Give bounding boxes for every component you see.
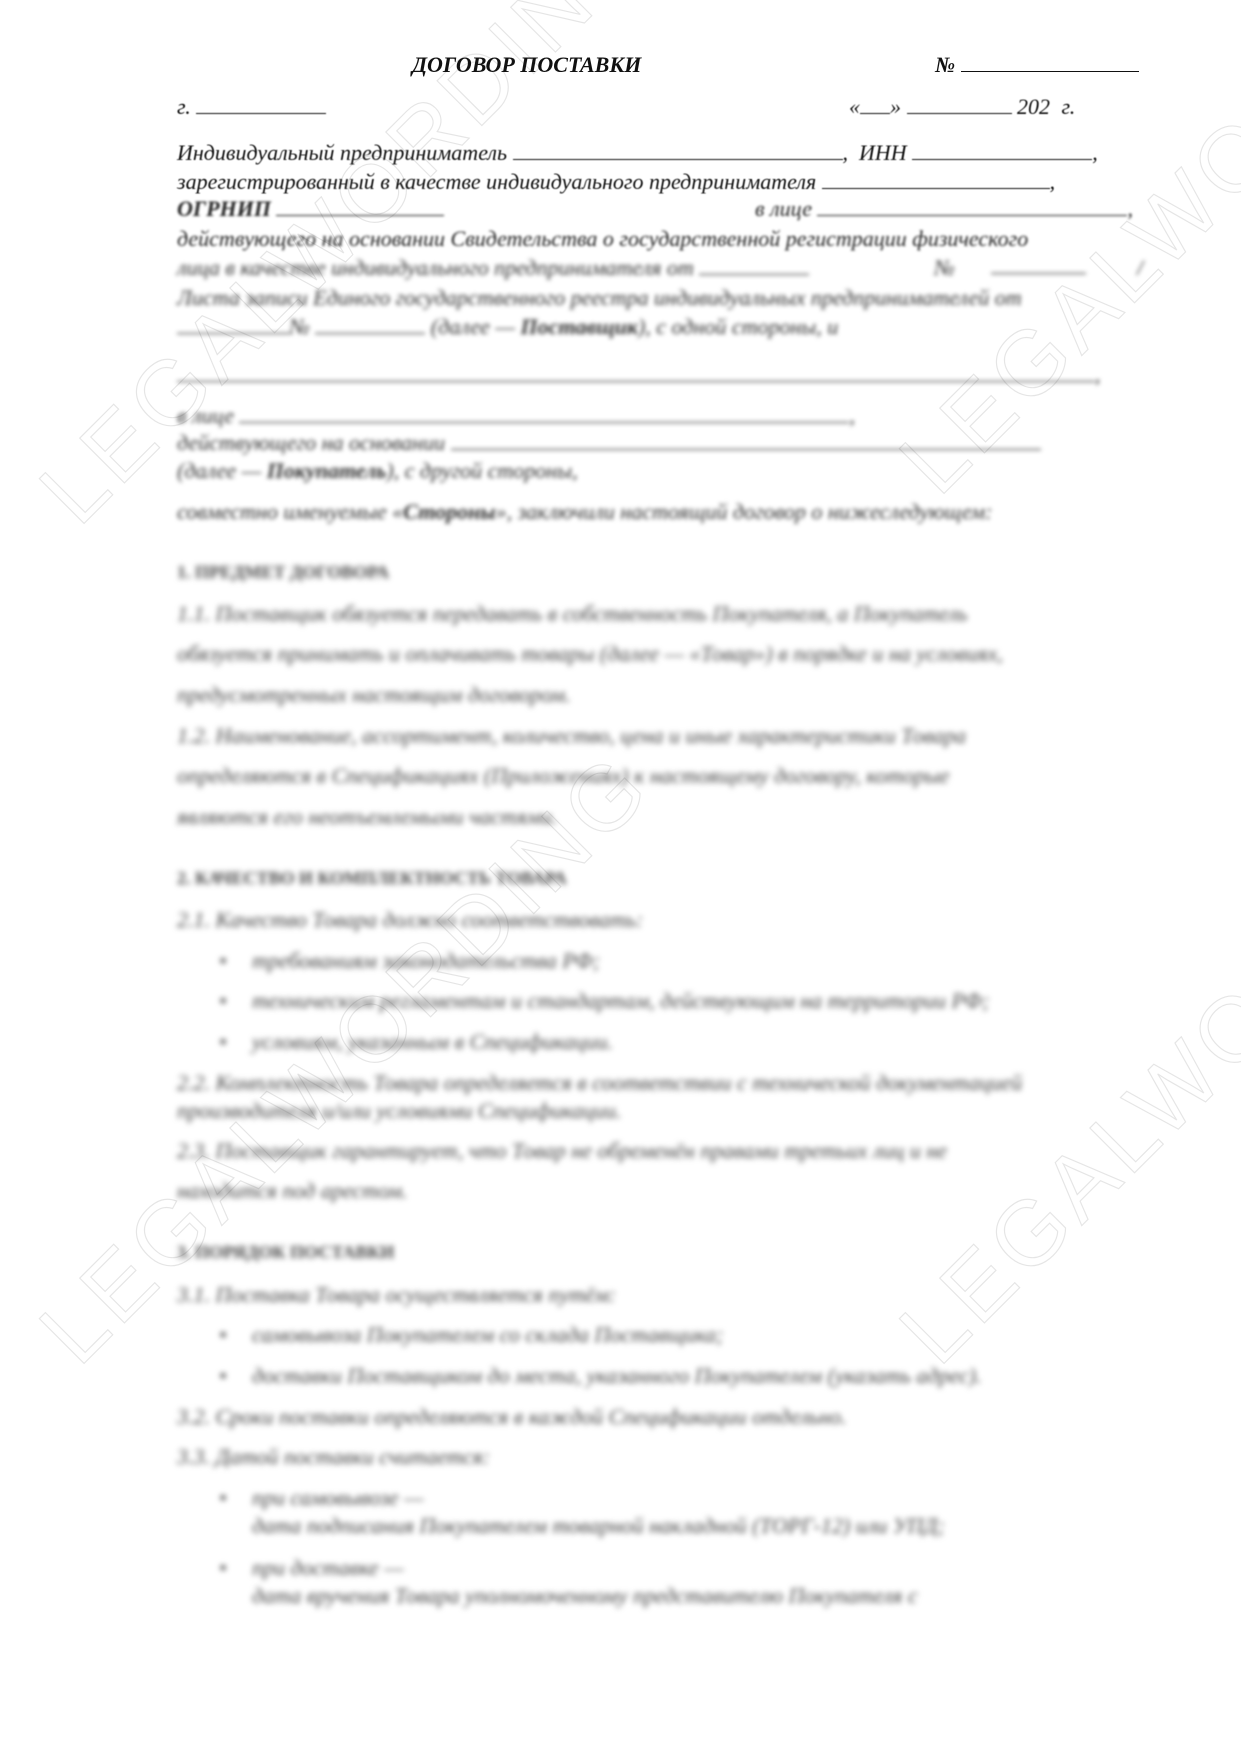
preamble-line-4: действующего на основании Свидетельства … [177, 226, 1028, 252]
text: техническим регламентам и стандартам, де… [252, 988, 989, 1014]
paragraph-line: 2.2. Комплектность Товара определяется в… [177, 1070, 1022, 1096]
representative-field[interactable] [817, 197, 1127, 216]
paragraph-line: 3.3. Датой поставки считается: [177, 1444, 490, 1470]
entrepreneur-name-field[interactable] [513, 141, 843, 160]
text: , [849, 403, 855, 428]
text: (далее — [177, 458, 261, 483]
text: , [1127, 196, 1133, 221]
preamble-line-6: Листа записи Единого государственного ре… [177, 285, 1022, 311]
parties-term: Стороны [403, 499, 495, 524]
buyer-line-3: (далее — Покупатель), с другой стороны, [177, 458, 578, 484]
text: доставки Поставщиком до места, указанног… [252, 1363, 982, 1389]
paragraph-line: 2.3. Поставщик гарантирует, что Товар не… [177, 1138, 947, 1164]
paragraph-line: являются его неотъемлемыми частями. [177, 804, 557, 830]
buyer-line-2: действующего на основании [177, 430, 1041, 456]
text: № [934, 255, 955, 281]
paragraph-line: обязуется принимать и оплачивать товары … [177, 641, 1003, 667]
bullet-icon: • [219, 1485, 227, 1511]
preamble-line-1: Индивидуальный предприниматель , ИНН , [177, 140, 1098, 166]
text: , [1092, 140, 1098, 165]
paragraph-line: находится под арестом. [177, 1178, 408, 1204]
text: ), с другой стороны, [386, 458, 577, 483]
ogrnip-field[interactable] [276, 197, 444, 216]
bullet-icon: • [219, 1029, 227, 1055]
paragraph-line: предусмотренных настоящим договором. [177, 682, 571, 708]
buyer-name-line: , [177, 362, 1101, 388]
text: дата подписания Покупателем товарной нак… [252, 1513, 945, 1539]
text: совместно именуемые « [177, 499, 403, 524]
record-date-field[interactable] [177, 315, 289, 334]
text: требованиям законодательства РФ; [252, 948, 600, 974]
certificate-date-field[interactable] [699, 256, 809, 275]
preamble-line-3: ОГРНИП в лице , [177, 196, 1147, 222]
paragraph-line: 1.2. Наименование, ассортимент, количест… [177, 723, 966, 749]
buyer-term: Покупатель [267, 458, 387, 483]
text: , [1095, 362, 1101, 387]
paragraph-line: 3.2. Сроки поставки определяются в каждо… [177, 1404, 846, 1430]
supplier-term: Поставщик [520, 314, 638, 339]
paragraph-line: 3.1. Поставка Товара осуществляется путё… [177, 1282, 616, 1308]
document-title: ДОГОВОР ПОСТАВКИ [412, 52, 641, 78]
quote-close: » [890, 94, 901, 119]
bullet-icon: • [219, 948, 227, 974]
bullet-icon: • [219, 1322, 227, 1348]
number-label: № [935, 52, 955, 77]
text: при доставке — [252, 1555, 404, 1581]
text: (далее — [431, 314, 515, 339]
text: ), с одной стороны, и [638, 314, 838, 339]
bullet-icon: • [219, 1555, 227, 1581]
city-line: г. [177, 94, 326, 120]
preamble-line-7: № (далее — Поставщик), с одной стороны, … [177, 314, 838, 340]
section-3-heading: 3. ПОРЯДОК ПОСТАВКИ [177, 1242, 394, 1263]
text: самовывоза Покупателем со склада Поставщ… [252, 1322, 723, 1348]
inn-label: ИНН [859, 140, 907, 165]
number-field[interactable] [961, 53, 1139, 72]
city-field[interactable] [196, 95, 326, 114]
text: Индивидуальный предприниматель [177, 140, 507, 165]
preamble-line-2: зарегистрированный в качестве индивидуал… [177, 169, 1055, 195]
parties-line: совместно именуемые «Стороны», заключили… [177, 499, 992, 525]
year-suffix: г. [1062, 94, 1076, 119]
text: при самовывозе — [252, 1485, 424, 1511]
ogrnip-label: ОГРНИП [177, 196, 271, 221]
text: условиям, указанным в Спецификации. [252, 1029, 613, 1055]
paragraph-line: 2.1. Качество Товара должно соответствов… [177, 907, 643, 933]
year-field[interactable] [1050, 96, 1056, 114]
watermark: LEGALWORDING [880, 733, 1241, 1385]
text: дата вручения Товара уполномоченному пре… [252, 1583, 918, 1609]
buyer-representative-field[interactable] [239, 404, 849, 423]
text: зарегистрированный в качестве индивидуал… [177, 169, 816, 194]
preamble-line-5: лица в качестве индивидуального предприн… [177, 255, 1147, 281]
paragraph-line: 1.1. Поставщик обязуется передавать в со… [177, 601, 967, 627]
buyer-basis-field[interactable] [451, 431, 1041, 450]
text: действующего на основании [177, 430, 445, 455]
paragraph-line: производителя и/или условиями Спецификац… [177, 1098, 621, 1124]
month-field[interactable] [907, 95, 1012, 114]
buyer-line-1: в лице , [177, 403, 855, 429]
text: , [1050, 169, 1056, 194]
text: лица в качестве индивидуального предприн… [177, 255, 694, 280]
year-prefix: 202 [1017, 94, 1050, 119]
buyer-name-field[interactable] [177, 363, 1095, 382]
quote-open: « [849, 94, 860, 119]
registration-field[interactable] [822, 170, 1050, 189]
bullet-icon: • [219, 1363, 227, 1389]
text: / [1137, 255, 1143, 281]
certificate-number-field[interactable] [991, 255, 1086, 274]
section-2-heading: 2. КАЧЕСТВО И КОМПЛЕКТНОСТЬ ТОВАРА [177, 868, 567, 889]
city-prefix: г. [177, 94, 191, 119]
paragraph-line: определяются в Спецификациях (Приложения… [177, 763, 949, 789]
contract-number: № [935, 52, 1139, 78]
text: в лице [755, 196, 812, 221]
date-line: «» 202 г. [849, 94, 1075, 120]
text: », заключили настоящий договор о нижесле… [496, 499, 993, 524]
bullet-icon: • [219, 988, 227, 1014]
record-number-field[interactable] [315, 315, 425, 334]
inn-field[interactable] [912, 141, 1092, 160]
text: в лице [177, 403, 234, 428]
text: , [843, 140, 849, 165]
day-field[interactable] [860, 95, 890, 114]
section-1-heading: 1. ПРЕДМЕТ ДОГОВОРА [177, 562, 389, 583]
text: № [289, 314, 310, 339]
